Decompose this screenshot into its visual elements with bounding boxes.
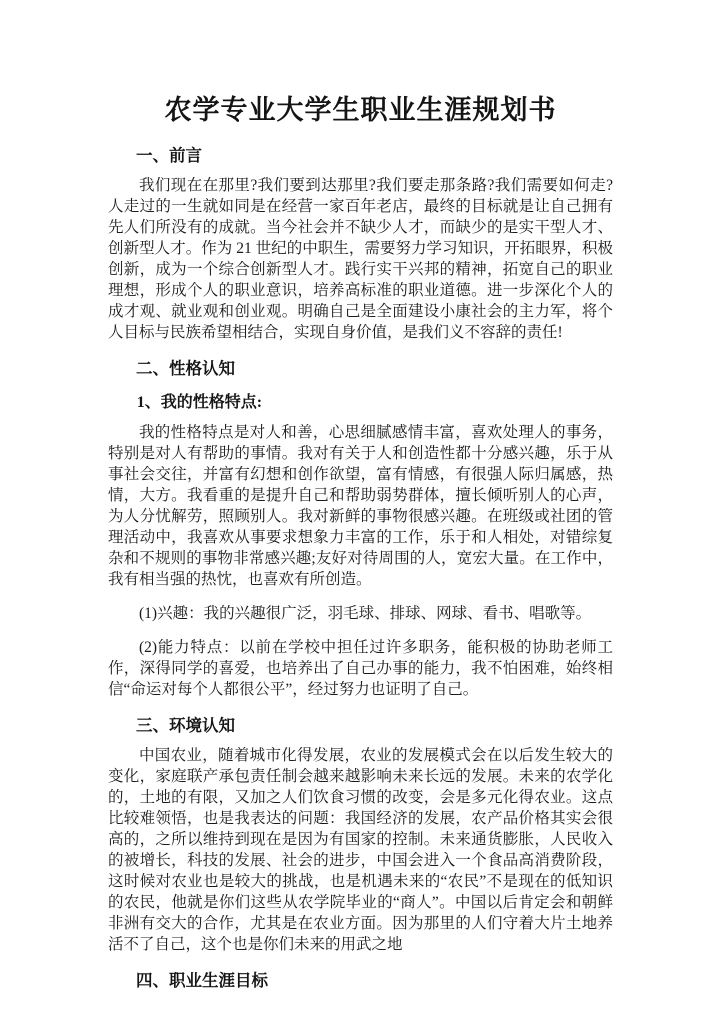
subheading-personality-traits: 1、我的性格特点: [108,392,613,414]
environment-paragraph: 中国农业，随着城市化得发展，农业的发展模式会在以后发生较大的变化，家庭联产承包责… [108,745,613,955]
preface-paragraph: 我们现在在那里?我们要到达那里?我们要走那条路?我们需要如何走?人走过的一生就如… [108,175,613,343]
section-heading-personality: 二、性格认知 [108,358,613,380]
personality-traits-paragraph: 我的性格特点是对人和善，心思细腻感情丰富，喜欢处理人的事务，特别是对人有帮助的事… [108,422,613,590]
ability-paragraph: (2)能力特点：以前在学校中担任过许多职务，能积极的协助老师工作，深得同学的喜爱… [108,637,613,700]
document-title: 农学专业大学生职业生涯规划书 [108,90,613,130]
section-heading-career-goals: 四、职业生涯目标 [108,970,613,992]
document-page: 农学专业大学生职业生涯规划书 一、前言 我们现在在那里?我们要到达那里?我们要走… [0,0,720,1017]
section-heading-preface: 一、前言 [108,145,613,167]
section-heading-environment: 三、环境认知 [108,715,613,737]
interests-paragraph: (1)兴趣：我的兴趣很广泛，羽毛球、排球、网球、看书、唱歌等。 [108,603,613,624]
